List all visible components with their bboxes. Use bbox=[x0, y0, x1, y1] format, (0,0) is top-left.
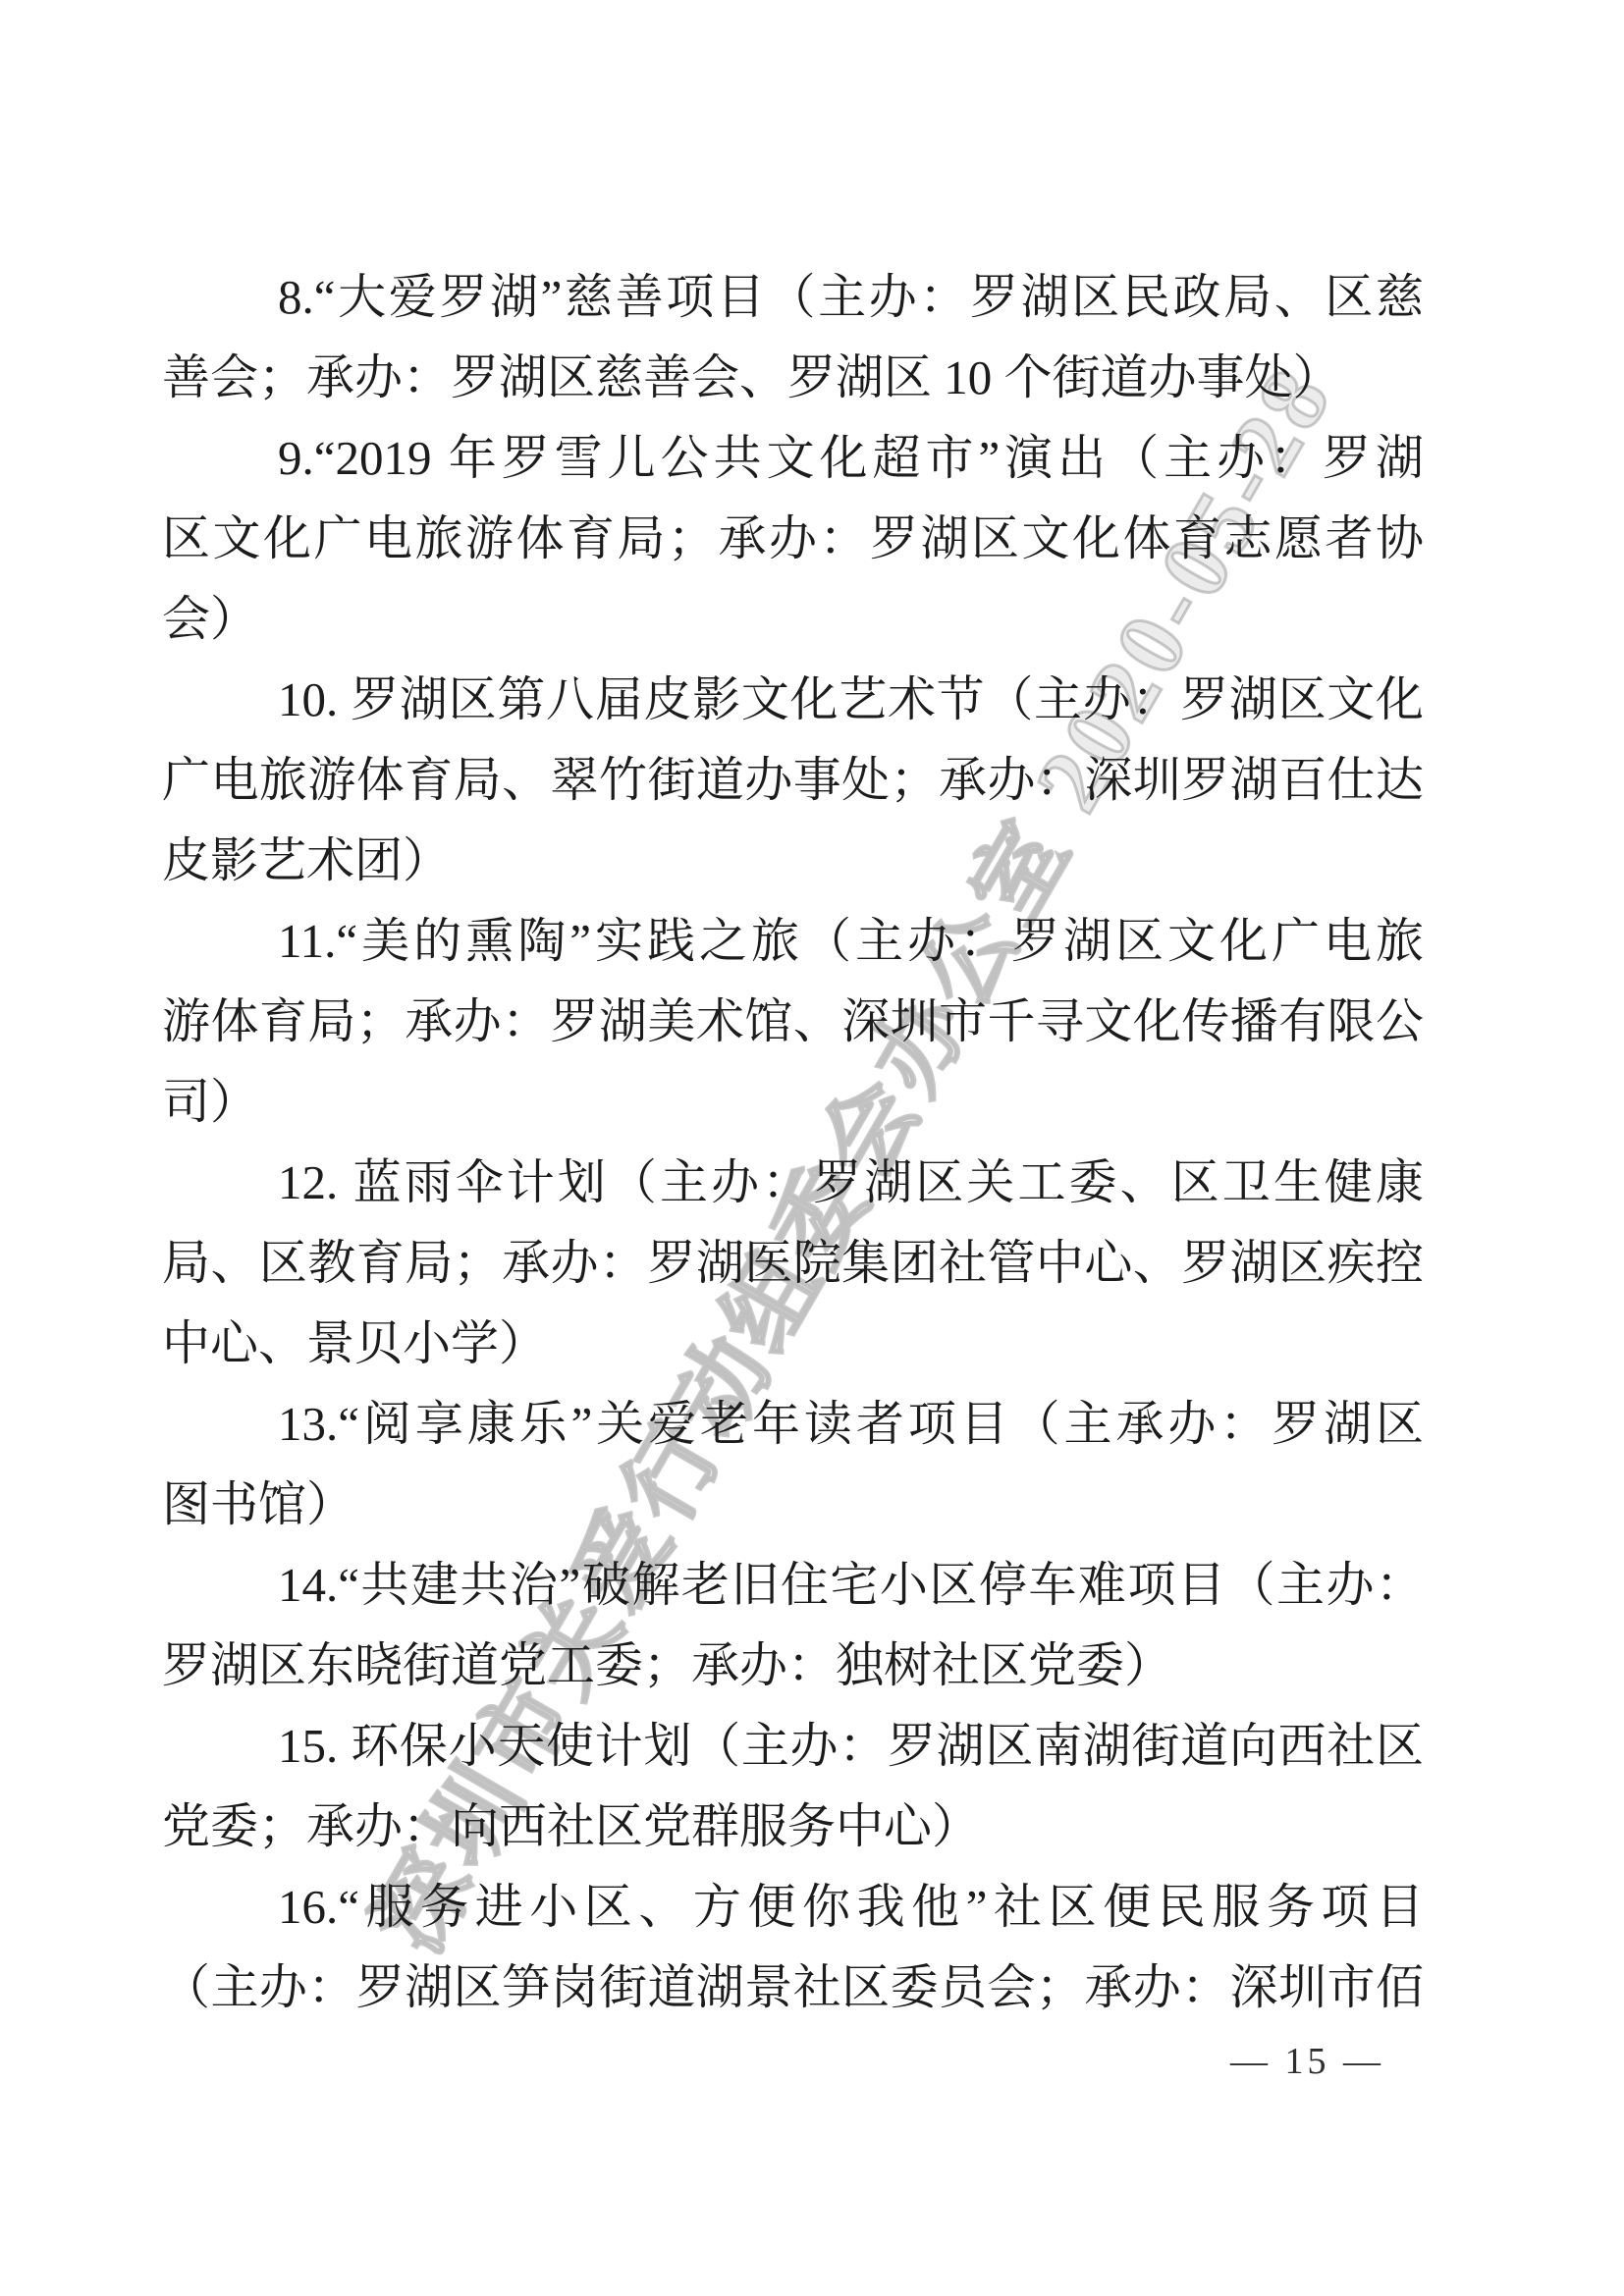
document-body: 8.“大爱罗湖”慈善项目（主办：罗湖区民政局、区慈善会；承办：罗湖区慈善会、罗湖… bbox=[162, 257, 1424, 2028]
text-line: 11.“美的熏陶”实践之旅（主办：罗湖区文化广电旅 bbox=[162, 901, 1424, 982]
text-line: 广电旅游体育局、翠竹街道办事处；承办：深圳罗湖百仕达 bbox=[162, 740, 1424, 821]
page-number: — 15 — bbox=[1230, 2040, 1384, 2083]
text-line: 区文化广电旅游体育局；承办：罗湖区文化体育志愿者协 bbox=[162, 499, 1424, 579]
document-page: 深圳市关爱行动组委会办公室 2020-05-28 8.“大爱罗湖”慈善项目（主办… bbox=[0, 0, 1624, 2296]
paragraph: 11.“美的熏陶”实践之旅（主办：罗湖区文化广电旅游体育局；承办：罗湖美术馆、深… bbox=[162, 901, 1424, 1143]
text-line: 13.“阅享康乐”关爱老年读者项目（主承办：罗湖区 bbox=[162, 1384, 1424, 1465]
paragraph: 8.“大爱罗湖”慈善项目（主办：罗湖区民政局、区慈善会；承办：罗湖区慈善会、罗湖… bbox=[162, 257, 1424, 418]
paragraph: 15. 环保小天使计划（主办：罗湖区南湖街道向西社区党委；承办：向西社区党群服务… bbox=[162, 1706, 1424, 1867]
text-line: 皮影艺术团） bbox=[162, 821, 1424, 901]
text-line: 游体育局；承办：罗湖美术馆、深圳市千寻文化传播有限公 bbox=[162, 982, 1424, 1062]
paragraph: 12. 蓝雨伞计划（主办：罗湖区关工委、区卫生健康局、区教育局；承办：罗湖医院集… bbox=[162, 1143, 1424, 1384]
paragraph: 10. 罗湖区第八届皮影文化艺术节（主办：罗湖区文化广电旅游体育局、翠竹街道办事… bbox=[162, 660, 1424, 901]
text-line: 党委；承办：向西社区党群服务中心） bbox=[162, 1787, 1424, 1867]
text-line: 12. 蓝雨伞计划（主办：罗湖区关工委、区卫生健康 bbox=[162, 1143, 1424, 1223]
paragraph: 13.“阅享康乐”关爱老年读者项目（主承办：罗湖区图书馆） bbox=[162, 1384, 1424, 1545]
text-line: 14.“共建共治”破解老旧住宅小区停车难项目（主办： bbox=[162, 1545, 1424, 1626]
text-line: 9.“2019 年罗雪儿公共文化超市”演出（主办：罗湖 bbox=[162, 418, 1424, 499]
text-line: 16.“服务进小区、方便你我他”社区便民服务项目 bbox=[162, 1867, 1424, 1948]
text-line: 司） bbox=[162, 1062, 1424, 1143]
text-line: 10. 罗湖区第八届皮影文化艺术节（主办：罗湖区文化 bbox=[162, 660, 1424, 740]
text-line: 会） bbox=[162, 579, 1424, 660]
text-line: 局、区教育局；承办：罗湖医院集团社管中心、罗湖区疾控 bbox=[162, 1223, 1424, 1304]
text-line: 中心、景贝小学） bbox=[162, 1304, 1424, 1384]
text-line: 15. 环保小天使计划（主办：罗湖区南湖街道向西社区 bbox=[162, 1706, 1424, 1787]
text-line: 8.“大爱罗湖”慈善项目（主办：罗湖区民政局、区慈 bbox=[162, 257, 1424, 338]
paragraph: 14.“共建共治”破解老旧住宅小区停车难项目（主办：罗湖区东晓街道党工委；承办：… bbox=[162, 1545, 1424, 1706]
text-line: 图书馆） bbox=[162, 1465, 1424, 1545]
paragraph: 16.“服务进小区、方便你我他”社区便民服务项目（主办：罗湖区笋岗街道湖景社区委… bbox=[162, 1867, 1424, 2028]
text-line: 罗湖区东晓街道党工委；承办：独树社区党委） bbox=[162, 1626, 1424, 1706]
text-line: （主办：罗湖区笋岗街道湖景社区委员会；承办：深圳市佰 bbox=[162, 1948, 1424, 2028]
paragraph: 9.“2019 年罗雪儿公共文化超市”演出（主办：罗湖区文化广电旅游体育局；承办… bbox=[162, 418, 1424, 660]
text-line: 善会；承办：罗湖区慈善会、罗湖区 10 个街道办事处） bbox=[162, 338, 1424, 418]
